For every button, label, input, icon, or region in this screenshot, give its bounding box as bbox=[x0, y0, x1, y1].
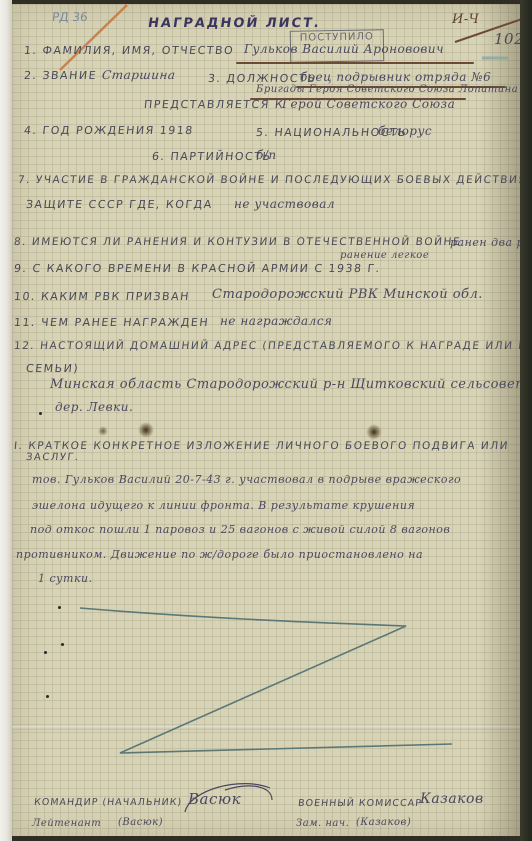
z-strikeout-line bbox=[80, 608, 452, 753]
commander-rank: Лейтенант bbox=[32, 818, 101, 829]
field-4-label: 4. Год рождения 1918 bbox=[23, 124, 194, 137]
field-12-value-line1: Минская область Стародорожский р-н Щитко… bbox=[50, 377, 528, 392]
field-3-value-line2: Бригады Героя Советского Союза Лопатина bbox=[256, 84, 518, 95]
commander-signature: Васюк bbox=[188, 790, 241, 808]
paper-speck bbox=[39, 412, 42, 415]
commissar-signature: Казаков bbox=[420, 791, 484, 807]
field-8-value-line2: ранение легкое bbox=[340, 250, 429, 261]
commissar-label: Военный комиссар bbox=[297, 798, 422, 809]
ink-blot bbox=[138, 422, 154, 438]
field-9-value: с 1938 г. bbox=[314, 262, 382, 275]
page-title: Наградной лист. bbox=[147, 16, 322, 31]
feat-text-line: тов. Гульков Василий 20-7-43 г. участвов… bbox=[32, 473, 461, 486]
field-12-label-line1: 12. Настоящий домашний адрес (представля… bbox=[13, 340, 532, 352]
field-2-label: 2. Звание Старшина bbox=[23, 68, 176, 82]
ink-blot bbox=[98, 426, 108, 436]
feat-text-line: под откос пошли 1 паровоз и 25 вагонов с… bbox=[30, 523, 450, 536]
field-4-value: 1918 bbox=[159, 124, 194, 137]
field-10-label: 10. Каким РВК призван bbox=[13, 290, 190, 303]
scanned-document: РД 36 Наградной лист. ПОСТУПИЛО И-Ч 102 … bbox=[0, 0, 532, 841]
field-6-label: 6. Партийность bbox=[151, 150, 272, 163]
field-8-label: 8. Имеются ли ранения и контузии в Отече… bbox=[13, 236, 461, 248]
field-9-label: 9. С какого времени в Красной Армии с 19… bbox=[13, 262, 381, 275]
paper-speck bbox=[58, 606, 61, 609]
commissar-rank: Зам. нач. bbox=[296, 818, 349, 829]
paper-speck bbox=[61, 643, 64, 646]
field-7-label-line1: 7. Участие в гражданской войне и последу… bbox=[17, 174, 532, 186]
field-1-underline bbox=[236, 62, 474, 64]
field-11-label: 11. Чем ранее награжден bbox=[13, 316, 209, 329]
field-10-value: Стародорожский РВК Минской обл. bbox=[212, 287, 483, 302]
field-3-value: боец подрывник отряда №6 bbox=[300, 70, 491, 84]
field-7-value: не участвовал bbox=[234, 197, 335, 211]
field-7-label-line2: защите СССР где, когда bbox=[25, 198, 213, 211]
feat-text-line: противником. Движение по ж/дороге было п… bbox=[16, 548, 423, 561]
field-12-label-line2: семьи) bbox=[25, 362, 80, 375]
paper-speck bbox=[44, 651, 47, 654]
commissar-name: (Казаков) bbox=[356, 817, 411, 828]
field-5-value: белорус bbox=[378, 124, 432, 138]
ink-blot bbox=[366, 424, 382, 440]
presented-value: Герой Советского Союза bbox=[282, 97, 455, 111]
field-1-label: 1. Фамилия, имя, отчество bbox=[23, 44, 235, 57]
scan-right-edge bbox=[520, 0, 532, 841]
field-1-value: Гульков Василий Ароновович bbox=[244, 42, 444, 56]
field-12-value-line2: дер. Левки. bbox=[55, 400, 133, 414]
paper-speck bbox=[46, 695, 49, 698]
field-6-value: б/п bbox=[256, 148, 277, 162]
commander-label: Командир (начальник) bbox=[33, 797, 182, 808]
feat-text-line: эшелона идущего к линии фронта. В резуль… bbox=[32, 499, 415, 512]
feat-label-line2: заслуг. bbox=[25, 452, 80, 463]
archive-mark: РД 36 bbox=[51, 10, 88, 24]
feat-label-line1: I. Краткое конкретное изложение личного … bbox=[13, 440, 509, 452]
presented-label: Представляется к bbox=[143, 98, 285, 111]
commander-name: (Васюк) bbox=[118, 817, 163, 828]
top-right-mark: И-Ч bbox=[452, 12, 479, 27]
field-11-value: не награждался bbox=[220, 314, 333, 328]
feat-text-line: 1 сутки. bbox=[38, 572, 93, 585]
field-2-value: Старшина bbox=[101, 68, 176, 82]
